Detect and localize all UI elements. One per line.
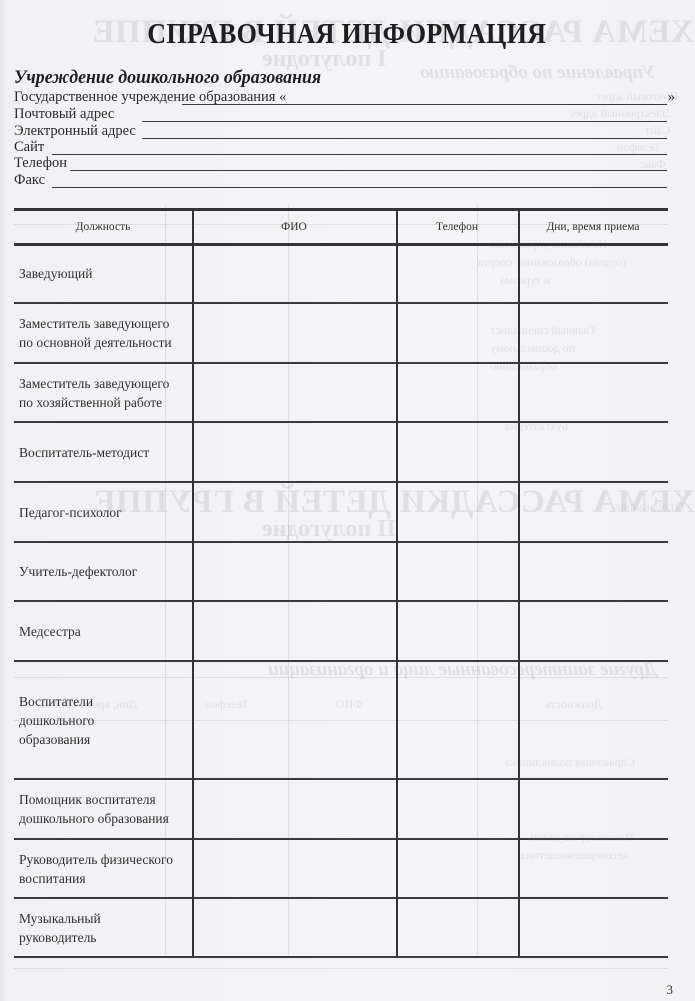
position-label: Заместитель заведующегопо основной деяте…	[19, 304, 194, 362]
position-label: Медсестра	[19, 602, 194, 660]
cell-hours[interactable]	[520, 364, 666, 421]
cell-name[interactable]	[194, 662, 394, 778]
position-label-line: Заведующий	[19, 264, 194, 283]
field-label: Государственное учреждение образования «	[14, 90, 286, 104]
cell-phone[interactable]	[398, 840, 516, 897]
cell-hours[interactable]	[520, 840, 666, 897]
field-input-line[interactable]	[52, 154, 667, 155]
position-label-line: по основной деятельности	[19, 333, 194, 352]
position-label-line: дошкольного	[19, 711, 194, 730]
position-label-line: Воспитатели	[19, 692, 194, 711]
position-label-line: Учитель-дефектолог	[19, 562, 194, 581]
cell-hours[interactable]	[520, 602, 666, 660]
field-row: Факс	[14, 173, 667, 187]
cell-name[interactable]	[194, 423, 394, 481]
position-label: Воспитателидошкольногообразования	[19, 662, 194, 778]
cell-name[interactable]	[194, 483, 394, 541]
position-label: Руководитель физическоговоспитания	[19, 840, 194, 897]
field-input-line[interactable]	[182, 104, 667, 105]
position-label-line: Музыкальный	[19, 909, 194, 928]
cell-hours[interactable]	[520, 543, 666, 600]
field-row: Сайт	[14, 140, 667, 154]
position-label-line: Педагог-психолог	[19, 503, 194, 522]
cell-phone[interactable]	[398, 245, 516, 302]
page-title: СПРАВОЧНАЯ ИНФОРМАЦИЯ	[34, 18, 660, 51]
field-input-line[interactable]	[70, 170, 667, 171]
cell-phone[interactable]	[398, 423, 516, 481]
page-number: 3	[667, 982, 674, 998]
cell-hours[interactable]	[520, 483, 666, 541]
field-input-line[interactable]	[142, 138, 667, 139]
position-label: Воспитатель-методист	[19, 423, 194, 481]
field-input-line[interactable]	[142, 121, 667, 122]
position-label-line: Воспитатель-методист	[19, 443, 194, 462]
section-title: Учреждение дошкольного образования	[14, 67, 321, 89]
row-divider	[14, 956, 668, 958]
cell-hours[interactable]	[520, 899, 666, 956]
cell-phone[interactable]	[398, 364, 516, 421]
cell-phone[interactable]	[398, 602, 516, 660]
position-label-line: Помощник воспитателя	[19, 790, 194, 809]
position-label: Помощник воспитателядошкольного образова…	[19, 780, 194, 838]
field-label: Сайт	[14, 140, 44, 154]
cell-hours[interactable]	[520, 662, 666, 778]
position-label-line: Заместитель заведующего	[19, 374, 194, 393]
cell-name[interactable]	[194, 304, 394, 362]
cell-phone[interactable]	[398, 780, 516, 838]
position-label-line: воспитания	[19, 869, 194, 888]
column-header: Дни, время приема	[518, 210, 668, 243]
field-label: Электронный адрес	[14, 124, 136, 138]
column-header: Должность	[14, 210, 192, 243]
closing-quote: »	[668, 90, 675, 104]
position-label-line: по хозяйственной работе	[19, 393, 194, 412]
position-label: Заведующий	[19, 245, 194, 302]
cell-hours[interactable]	[520, 423, 666, 481]
field-row: Телефон	[14, 156, 667, 170]
bleed-text: Управление по образованию	[420, 62, 656, 84]
field-label: Почтовый адрес	[14, 107, 114, 121]
cell-phone[interactable]	[398, 483, 516, 541]
cell-phone[interactable]	[398, 304, 516, 362]
position-label: Педагог-психолог	[19, 483, 194, 541]
position-label-line: Руководитель физического	[19, 850, 194, 869]
cell-name[interactable]	[194, 364, 394, 421]
cell-name[interactable]	[194, 245, 394, 302]
position-label-line: руководитель	[19, 928, 194, 947]
cell-phone[interactable]	[398, 899, 516, 956]
field-input-line[interactable]	[52, 187, 667, 188]
position-label: Заместитель заведующегопо хозяйственной …	[19, 364, 194, 421]
field-row: Электронный адрес	[14, 124, 667, 138]
field-row: Почтовый адрес	[14, 107, 667, 121]
cell-hours[interactable]	[520, 304, 666, 362]
bleed-line	[14, 968, 668, 969]
cell-phone[interactable]	[398, 662, 516, 778]
position-label-line: образования	[19, 730, 194, 749]
field-label: Факс	[14, 173, 45, 187]
column-header: ФИО	[192, 210, 396, 243]
position-label-line: Заместитель заведующего	[19, 314, 194, 333]
cell-name[interactable]	[194, 602, 394, 660]
field-label: Телефон	[14, 156, 67, 170]
field-row: Государственное учреждение образования «…	[14, 90, 667, 104]
cell-name[interactable]	[194, 840, 394, 897]
cell-name[interactable]	[194, 899, 394, 956]
position-label: Музыкальныйруководитель	[19, 899, 194, 956]
position-label-line: Медсестра	[19, 622, 194, 641]
cell-hours[interactable]	[520, 245, 666, 302]
cell-name[interactable]	[194, 780, 394, 838]
cell-phone[interactable]	[398, 543, 516, 600]
position-label: Учитель-дефектолог	[19, 543, 194, 600]
cell-hours[interactable]	[520, 780, 666, 838]
cell-name[interactable]	[194, 543, 394, 600]
column-header: Телефон	[396, 210, 518, 243]
position-label-line: дошкольного образования	[19, 809, 194, 828]
